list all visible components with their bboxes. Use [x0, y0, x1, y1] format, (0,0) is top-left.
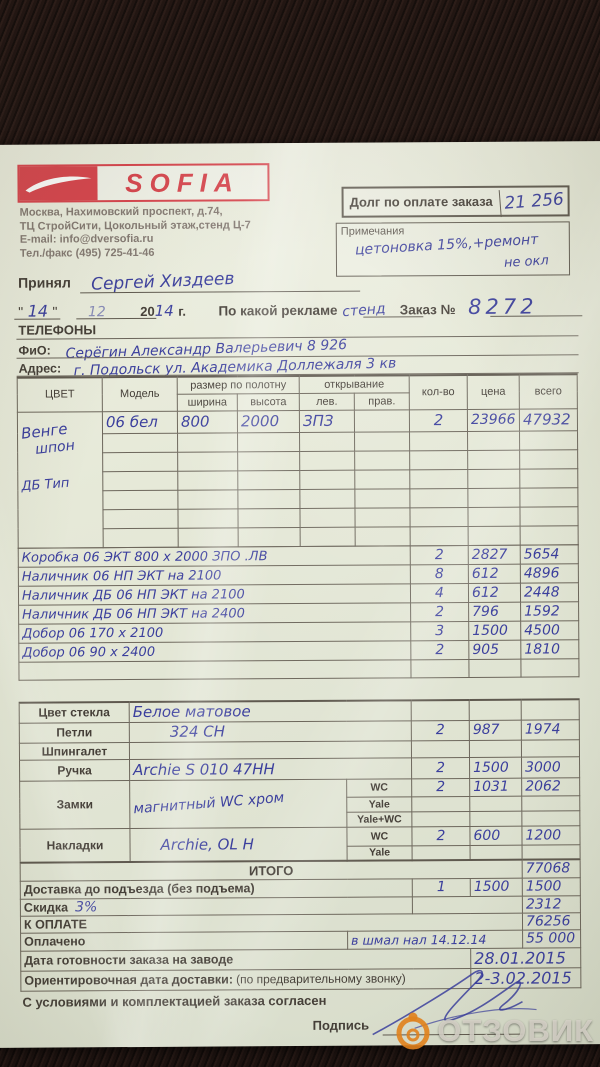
logo-text: SOFIA: [97, 167, 267, 198]
col-header-size: размер по полотну: [177, 376, 299, 394]
col-header-price: цена: [467, 375, 519, 409]
paid-label: Оплачено: [21, 931, 348, 951]
plates-yale-label: Yale: [347, 845, 412, 860]
item-price: 612: [468, 564, 520, 583]
century-label: 20: [140, 304, 155, 319]
year-suffix: г.: [178, 304, 186, 319]
locks-wc-qty: 2: [412, 778, 470, 796]
quote-close: ": [52, 303, 57, 319]
hinges-qty: 2: [411, 720, 469, 740]
debt-box: Долг по оплате заказа 21 256: [342, 185, 570, 217]
handle-qty: 2: [412, 757, 470, 778]
item-total: 1810: [521, 640, 579, 659]
plates-wc-price: 600: [470, 826, 522, 845]
door-left: ЗПЗ: [299, 410, 354, 432]
photo-of-order-form: SOFIA Москва, Нахимовский проспект, д.74…: [0, 0, 600, 1067]
col-header-width: ширина: [177, 393, 237, 410]
item-price: 2827: [468, 545, 520, 564]
door-model: 06 бел: [102, 411, 177, 433]
item-qty: 2: [411, 602, 469, 621]
glass-value: Белое матовое: [129, 700, 411, 722]
company-address: Москва, Нахимовский проспект, д.74, ТЦ С…: [20, 205, 320, 261]
handle-price: 1500: [470, 757, 522, 778]
delivery-qty: 1: [412, 878, 470, 896]
fio-label: ФиО:: [18, 344, 50, 358]
delivery-price: 1500: [470, 878, 522, 896]
color-note-3: ДБ Тип: [21, 473, 100, 494]
door-qty: 2: [409, 409, 467, 431]
col-header-left: лев.: [299, 393, 354, 410]
hardware-totals-table: Цвет стекла Белое матовое Петли 324 СН 2…: [19, 698, 582, 991]
itogo-value: 77068: [522, 859, 580, 877]
logo-swoosh-icon: [19, 166, 97, 200]
phones-label: ТЕЛЕФОНЫ: [18, 322, 96, 337]
col-header-qty: кол-во: [409, 375, 467, 409]
door-price: 23966: [467, 409, 519, 431]
notes-box: Примечания цетоновка 15%,+ремонт не окл: [336, 221, 570, 276]
item-total: 2448: [520, 583, 578, 602]
advert-label: По какой рекламе: [218, 303, 337, 319]
item-total: 5654: [520, 545, 578, 564]
watermark-text: ОТЗОВИК: [437, 1013, 594, 1049]
received-label: Принял: [18, 274, 71, 290]
locks-wc-total: 2062: [522, 777, 580, 795]
handle-value: Archie S 010 47НН: [130, 757, 412, 780]
item-total: 4896: [520, 564, 578, 583]
locks-label: Замки: [20, 780, 130, 829]
delivery-total: 1500: [522, 877, 580, 895]
client-address-label: Адрес:: [19, 361, 62, 375]
item-qty: 8: [410, 564, 468, 583]
hinges-price: 987: [469, 720, 521, 740]
plates-label: Накладки: [20, 828, 130, 863]
debt-label: Долг по оплате заказа: [344, 194, 500, 210]
hinges-total: 1974: [521, 719, 579, 739]
door-right-empty: [354, 409, 409, 431]
items-table: Коробка 06 ЭКТ 800 х 2000 ЗПО .ЛВ 2 2827…: [18, 544, 580, 680]
plates-wc-qty: 2: [412, 826, 470, 845]
otzovik-watermark: ОТЗОВИК: [393, 1011, 594, 1051]
item-desc: Коробка 06 ЭКТ 800 х 2000 ЗПО .ЛВ: [18, 546, 410, 567]
col-header-total: всего: [519, 374, 577, 408]
item-price: 905: [469, 640, 521, 659]
col-header-model: Модель: [102, 377, 177, 411]
latch-label: Шпингалет: [19, 742, 129, 760]
item-price: 1500: [469, 621, 521, 640]
main-table: ЦВЕТ Модель размер по полотну открывание…: [17, 373, 579, 548]
locks-yalewc-label: Yale+WC: [347, 811, 412, 826]
agree-text: С условиями и комплектацией заказа согла…: [22, 993, 326, 1010]
discount-label: Скидка: [24, 900, 68, 914]
delivery-label: Доставка до подъезда (без подъема): [20, 878, 412, 898]
received-row: Принял Сергей Хиздеев: [18, 269, 578, 294]
col-header-opening: открывание: [299, 375, 409, 393]
item-qty: 4: [410, 583, 468, 602]
handle-total: 3000: [522, 756, 580, 777]
hinges-value: 324 СН: [129, 720, 411, 742]
item-qty: 2: [411, 640, 469, 659]
col-header-height: высота: [237, 393, 299, 410]
to-pay-value: 76256: [522, 912, 580, 929]
otzovik-logo-icon: [393, 1011, 433, 1051]
order-no-label: Заказ №: [400, 302, 456, 317]
door-width: 800: [177, 410, 237, 432]
door-height: 2000: [237, 410, 299, 432]
item-price: 796: [469, 602, 521, 621]
handle-label: Ручка: [20, 759, 130, 781]
address-phone: Тел./факс (495) 725-41-46: [20, 245, 320, 260]
item-desc: Наличник ДБ 06 НП ЭКТ на 2100: [18, 584, 410, 605]
est-date-label: Ориентировочная дата доставки:: [24, 972, 233, 987]
col-header-right: прав.: [354, 392, 409, 409]
plates-value: Archie, OL H: [130, 827, 347, 862]
item-total: 1592: [521, 602, 579, 621]
order-form-paper: SOFIA Москва, Нахимовский проспект, д.74…: [0, 141, 600, 1048]
locks-wc-price: 1031: [470, 778, 522, 796]
col-header-color: ЦВЕТ: [17, 377, 102, 412]
color-cell: Венге шпон ДБ Тип: [17, 411, 103, 548]
hinges-label: Петли: [19, 722, 129, 743]
locks-value: магнитный WC хром: [130, 779, 347, 828]
locks-yale-label: Yale: [347, 796, 412, 811]
locks-wc-label: WC: [347, 778, 412, 796]
notes-handwriting-line2: не окл: [504, 253, 550, 271]
paid-value: 55 000: [523, 929, 581, 947]
item-desc: Наличник 06 НП ЭКТ на 2100: [18, 565, 410, 586]
quote-open: ": [18, 304, 23, 320]
item-desc: Добор 06 170 х 2100: [19, 622, 411, 643]
item-total: 4500: [521, 621, 579, 640]
item-desc: Наличник ДБ 06 НП ЭКТ на 2400: [19, 603, 411, 624]
plates-wc-total: 1200: [522, 825, 580, 844]
plates-wc-label: WC: [347, 826, 412, 845]
paid-note: в шмал нал 14.12.14: [348, 930, 523, 949]
glass-label: Цвет стекла: [19, 702, 129, 723]
item-price: 612: [468, 583, 520, 602]
item-desc: Добор 06 90 х 2400: [19, 641, 411, 662]
year-value: 14: [155, 302, 174, 320]
sofia-logo: SOFIA: [17, 163, 269, 203]
date-row: " 14 " 12 2014 г. По какой рекламе стенд…: [18, 294, 578, 321]
door-total: 47932: [519, 408, 577, 430]
item-qty: 3: [411, 621, 469, 640]
discount-percent: 3%: [75, 899, 97, 915]
discount-value: 2312: [522, 895, 580, 912]
item-qty: 2: [410, 545, 468, 564]
debt-value: 21 256: [499, 185, 569, 217]
